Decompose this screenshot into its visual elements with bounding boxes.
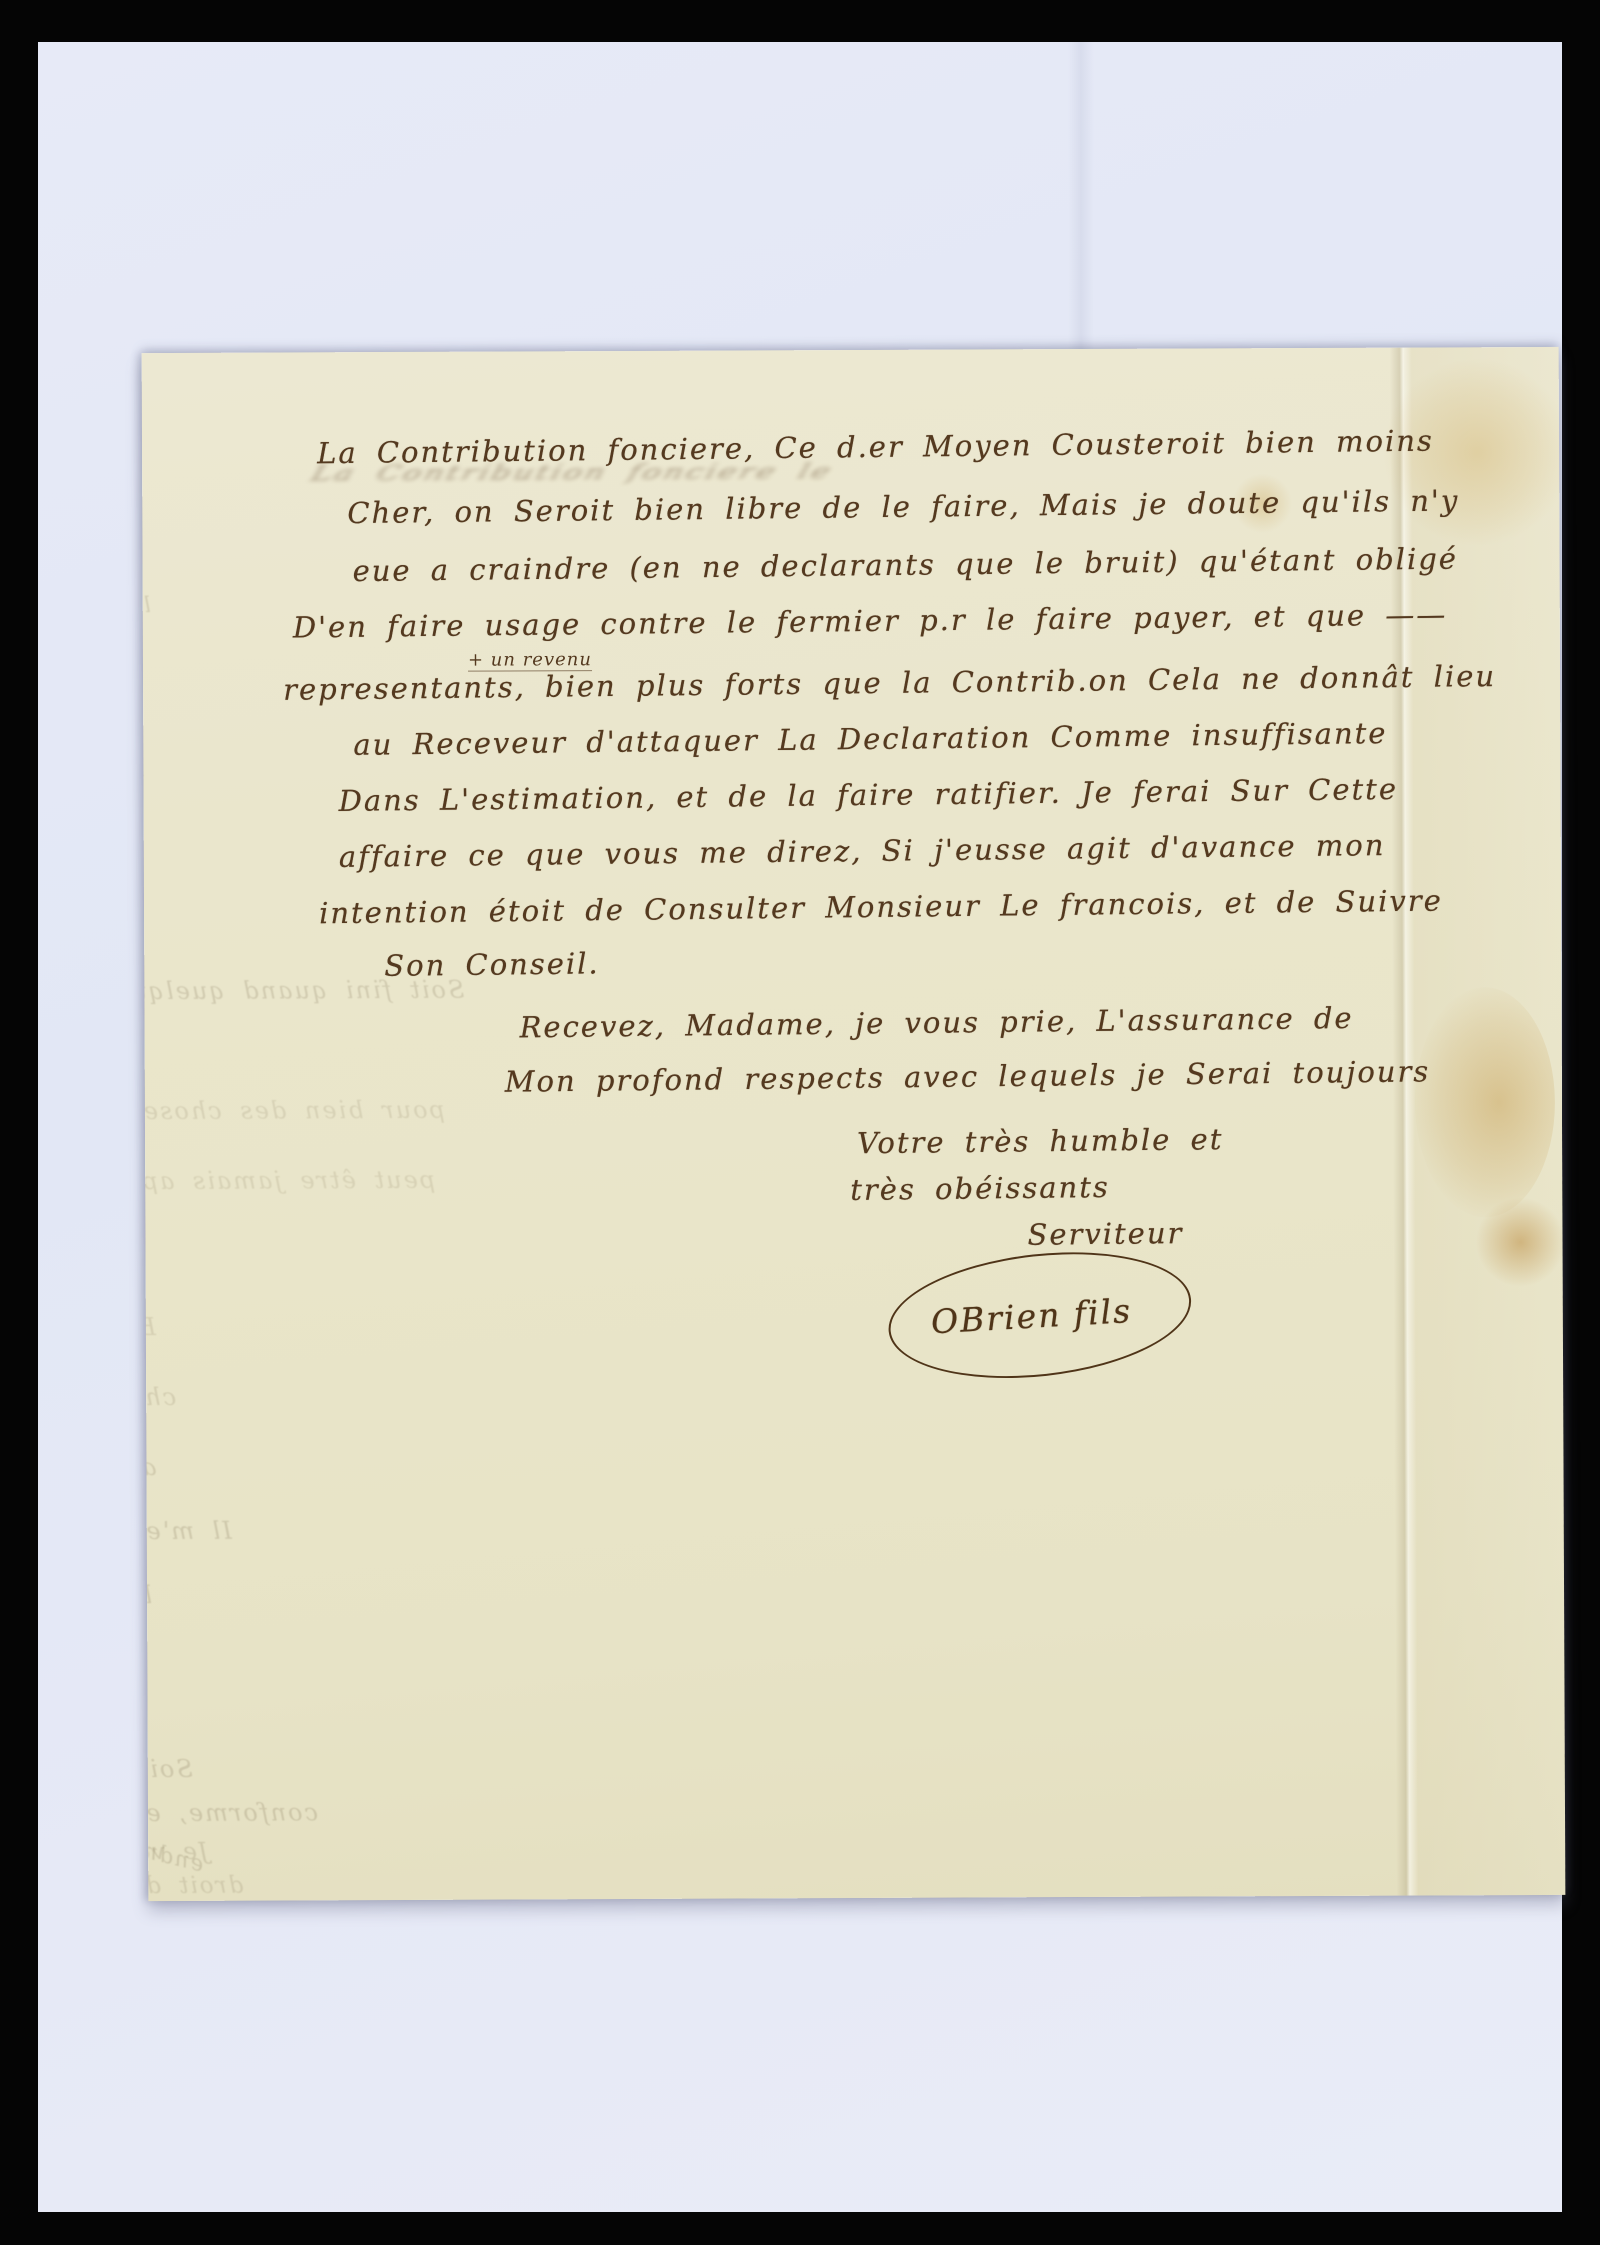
handwriting-line: intention étoit de Consulter Monsieur Le…: [319, 884, 1443, 931]
bleedthrough-line: la Mer. on me demande aussi qui doit êtr…: [142, 1701, 148, 1733]
bleedthrough-line: le May: [142, 593, 151, 617]
handwriting-line: eue a craindre (en ne declarants que le …: [352, 541, 1458, 588]
bleedthrough-line: affaire seulement, j'envoyois notre ouvr…: [142, 1453, 157, 1485]
valediction-line: très obéissants: [850, 1170, 1110, 1207]
bleedthrough-line: Il m'est tout utile, de la faire transcr…: [142, 1517, 232, 1549]
bleedthrough-line: pour bien des choses du quinze de Madame…: [142, 1096, 445, 1128]
stain: [1475, 1197, 1565, 1287]
bleedthrough-line: tout le Mandat des Madame Warin, il y au…: [142, 1243, 146, 1275]
handwriting-line: D'en faire usage contre le fermier p.r l…: [293, 597, 1448, 644]
handwriting-line: Cher, on Seroit bien libre de le faire, …: [347, 483, 1459, 530]
handwriting-line: au Receveur d'attaquer La Declaration Co…: [353, 716, 1387, 762]
bleedthrough-line: chapeau très fort, tout élégamment pour …: [142, 1383, 177, 1415]
letter-paper: le MayMadame deSoit fini quand quelque c…: [142, 347, 1566, 1901]
signature-oval: OBrien fils: [882, 1238, 1197, 1392]
handwriting-line: Son Conseil.: [384, 946, 600, 982]
bleedthrough-line: peut être jamais après beaucoup il y vie…: [142, 1166, 436, 1197]
handwriting-line: Dans L'estimation, et de la faire ratifi…: [338, 772, 1398, 818]
bleedthrough-line: Boisé Plait. on me demande à la Ley Pers…: [142, 1313, 156, 1344]
handwriting-line: Mon profond respects avec lequels je Ser…: [505, 1054, 1431, 1098]
handwriting-line: representants, bien plus forts que la Co…: [283, 659, 1496, 707]
interline-insertion: + un revenu: [468, 649, 592, 672]
bleedthrough-line: conforme, et de la Subdivision ——: [142, 1798, 318, 1828]
photo-frame: le MayMadame deSoit fini quand quelque c…: [0, 0, 1600, 2245]
stain: [1414, 987, 1555, 1218]
valediction-line: Serviteur: [1027, 1216, 1183, 1252]
bleedthrough-layer: le MayMadame deSoit fini quand quelque c…: [142, 347, 1559, 353]
bleedthrough-line: droit du fermier, je vous Réponse chez D…: [142, 1873, 244, 1901]
backdrop-sheet: le MayMadame deSoit fini quand quelque c…: [38, 42, 1562, 2212]
signature: OBrien fils: [930, 1290, 1133, 1340]
bleedthrough-line: Madame de: [142, 757, 144, 782]
handwriting-line: La Contribution fonciere, Ce d.er Moyen …: [317, 424, 1434, 471]
bleedthrough-line: Soit vivement en entendons. Mon heure si…: [142, 1755, 193, 1788]
handwriting-line: affaire ce que vous me direz, Si j'eusse…: [339, 828, 1386, 874]
valediction-line: Votre très humble et: [857, 1122, 1224, 1160]
bleedthrough-line: nouvelle declaration pour réserver la qu…: [142, 1645, 148, 1677]
bleedthrough-line: lainez-vous? Mais il faut qu'il étende j…: [142, 1581, 152, 1613]
handwriting-layer: + un revenu Votre très humble et très ob…: [142, 347, 1559, 353]
handwriting-line: Recevez, Madame, je vous prie, L'assuran…: [519, 1001, 1353, 1044]
